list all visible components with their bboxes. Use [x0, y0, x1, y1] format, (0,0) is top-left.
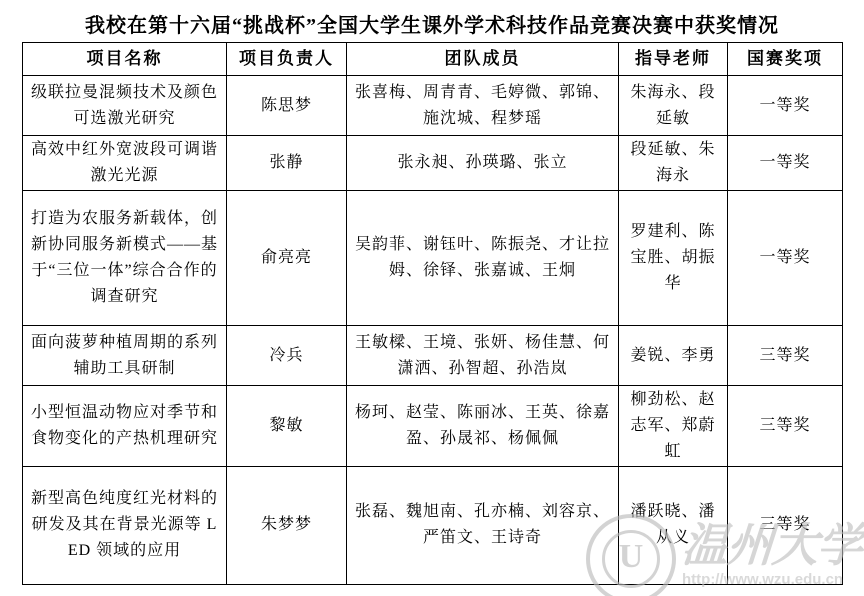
members-cell: 王敏樑、王境、张妍、杨佳慧、何潇洒、孙智超、孙浩岚 [347, 326, 619, 386]
leader-cell: 陈思梦 [227, 76, 347, 136]
table-row: 高效中红外宽波段可调谐激光光源 张静 张永昶、孙瑛璐、张立 段延敏、朱海永 一等… [23, 136, 843, 191]
leader-cell: 张静 [227, 136, 347, 191]
page-title: 我校在第十六届“挑战杯”全国大学生课外学术科技作品竞赛决赛中获奖情况 [10, 9, 854, 38]
header-row: 项目名称 项目负责人 团队成员 指导老师 国赛奖项 [23, 43, 843, 76]
advisors-cell: 罗建利、陈宝胜、胡振华 [619, 191, 728, 326]
project-name-cell: 高效中红外宽波段可调谐激光光源 [23, 136, 227, 191]
award-cell: 一等奖 [728, 191, 843, 326]
table-row: 小型恒温动物应对季节和食物变化的产热机理研究 黎敏 杨珂、赵莹、陈丽冰、王英、徐… [23, 386, 843, 467]
advisors-cell: 柳劲松、赵志军、郑蔚虹 [619, 386, 728, 467]
advisors-cell: 潘跃晓、潘从义 [619, 466, 728, 584]
leader-cell: 朱梦梦 [227, 466, 347, 584]
table-row: 新型高色纯度红光材料的研发及其在背景光源等 LED 领域的应用 朱梦梦 张磊、魏… [23, 466, 843, 584]
table-row: 级联拉曼混频技术及颜色可选激光研究 陈思梦 张喜梅、周青青、毛婷微、郭锦、施沈城… [23, 76, 843, 136]
advisors-cell: 姜锐、李勇 [619, 326, 728, 386]
leader-cell: 冷兵 [227, 326, 347, 386]
leader-cell: 黎敏 [227, 386, 347, 467]
header-national-award: 国赛奖项 [728, 43, 843, 76]
project-name-cell: 小型恒温动物应对季节和食物变化的产热机理研究 [23, 386, 227, 467]
header-team-members: 团队成员 [347, 43, 619, 76]
members-cell: 杨珂、赵莹、陈丽冰、王英、徐嘉盈、孙晟祁、杨佩佩 [347, 386, 619, 467]
advisors-cell: 段延敏、朱海永 [619, 136, 728, 191]
project-name-cell: 面向菠萝种植周期的系列辅助工具研制 [23, 326, 227, 386]
award-cell: 一等奖 [728, 136, 843, 191]
members-cell: 张喜梅、周青青、毛婷微、郭锦、施沈城、程梦瑶 [347, 76, 619, 136]
members-cell: 张磊、魏旭南、孔亦楠、刘容京、严笛文、王诗奇 [347, 466, 619, 584]
members-cell: 张永昶、孙瑛璐、张立 [347, 136, 619, 191]
header-advisors: 指导老师 [619, 43, 728, 76]
award-cell: 三等奖 [728, 466, 843, 584]
project-name-cell: 级联拉曼混频技术及颜色可选激光研究 [23, 76, 227, 136]
award-cell: 一等奖 [728, 76, 843, 136]
awards-table: 项目名称 项目负责人 团队成员 指导老师 国赛奖项 级联拉曼混频技术及颜色可选激… [22, 42, 843, 585]
members-cell: 吴韵菲、谢钰叶、陈振尧、才让拉姆、徐铎、张嘉诚、王炯 [347, 191, 619, 326]
table-row: 面向菠萝种植周期的系列辅助工具研制 冷兵 王敏樑、王境、张妍、杨佳慧、何潇洒、孙… [23, 326, 843, 386]
project-name-cell: 打造为农服务新载体，创新协同服务新模式——基于“三位一体”综合合作的调查研究 [23, 191, 227, 326]
leader-cell: 俞亮亮 [227, 191, 347, 326]
table-row: 打造为农服务新载体，创新协同服务新模式——基于“三位一体”综合合作的调查研究 俞… [23, 191, 843, 326]
document-page: 我校在第十六届“挑战杯”全国大学生课外学术科技作品竞赛决赛中获奖情况 项目名称 … [0, 0, 864, 596]
header-project-leader: 项目负责人 [227, 43, 347, 76]
header-project-name: 项目名称 [23, 43, 227, 76]
advisors-cell: 朱海永、段延敏 [619, 76, 728, 136]
award-cell: 三等奖 [728, 326, 843, 386]
project-name-cell: 新型高色纯度红光材料的研发及其在背景光源等 LED 领域的应用 [23, 466, 227, 584]
award-cell: 三等奖 [728, 386, 843, 467]
